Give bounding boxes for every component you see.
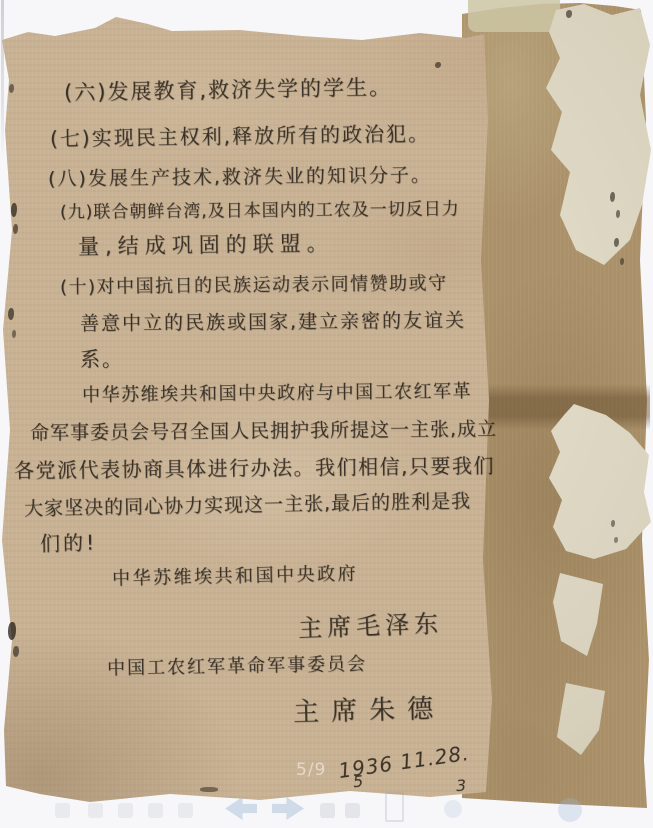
previous-arrow-icon[interactable] bbox=[225, 797, 257, 820]
ghost-viewer-toolbar bbox=[0, 0, 653, 828]
toolbar-button-icon bbox=[88, 803, 103, 818]
toolbar-button-icon bbox=[178, 803, 193, 818]
toolbar-button-icon bbox=[55, 803, 70, 818]
toolbar-button-icon bbox=[320, 803, 335, 818]
toolbar-button-icon bbox=[148, 803, 163, 818]
circle-button-icon[interactable] bbox=[444, 800, 462, 818]
toolbar-button-icon bbox=[345, 803, 360, 818]
next-arrow-icon[interactable] bbox=[272, 797, 304, 820]
toolbar-button-icon bbox=[118, 803, 133, 818]
frame-button-icon bbox=[385, 792, 404, 822]
circle-button-icon[interactable] bbox=[558, 798, 582, 822]
scanned-manuscript-view: (六)发展教育,救济失学的学生。 (七)实现民主权利,释放所有的政治犯。 (八)… bbox=[0, 0, 653, 828]
